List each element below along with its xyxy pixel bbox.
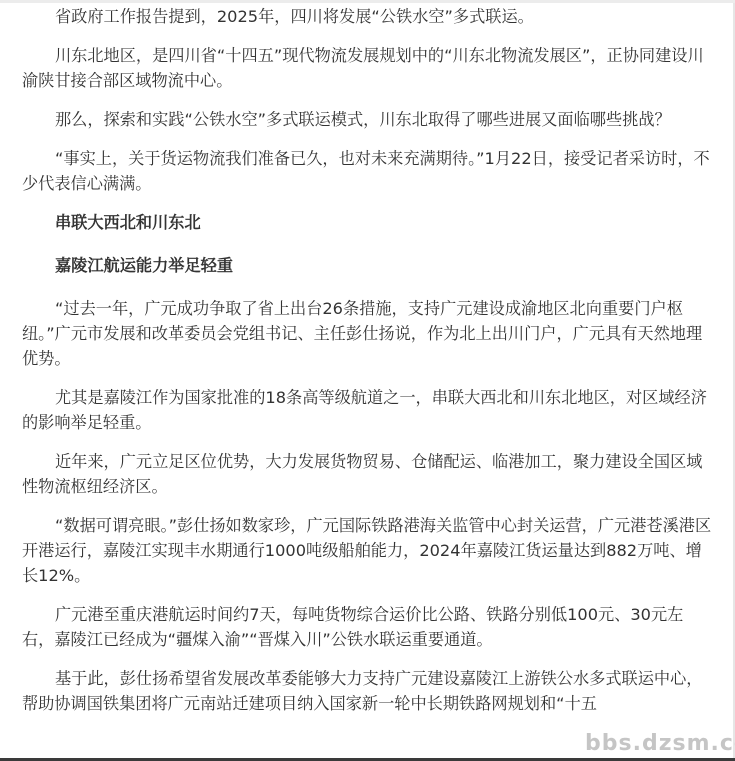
watermark: bbs.dzsm.com	[585, 731, 735, 756]
paragraph: 基于此，彭仕扬希望省发展改革委能够大力支持广元建设嘉陵江上游铁公水多式联运中心，…	[22, 666, 712, 716]
paragraph: 尤其是嘉陵江作为国家批准的18条高等级航道之一，串联大西北和川东北地区，对区域经…	[22, 385, 712, 435]
paragraph: “事实上，关于货运物流我们准备已久，也对未来充满期待。”1月22日，接受记者采访…	[22, 146, 712, 196]
paragraph: “数据可谓亮眼。”彭仕扬如数家珍，广元国际铁路港海关监管中心封关运营，广元港苍溪…	[22, 513, 712, 588]
top-border	[0, 0, 735, 3]
section-heading: 嘉陵江航运能力举足轻重	[22, 253, 712, 278]
paragraph: 那么，探索和实践“公铁水空”多式联运模式，川东北取得了哪些进展又面临哪些挑战？	[22, 107, 712, 132]
paragraph: 近年来，广元立足区位优势，大力发展货物贸易、仓储配运、临港加工，聚力建设全国区域…	[22, 449, 712, 499]
article-body: 省政府工作报告提到，2025年，四川将发展“公铁水空”多式联运。 川东北地区，是…	[22, 4, 712, 730]
paragraph: 川东北地区，是四川省“十四五”现代物流发展规划中的“川东北物流发展区”，正协同建…	[22, 43, 712, 93]
paragraph: “过去一年，广元成功争取了省上出台26条措施，支持广元建设成渝地区北向重要门户枢…	[22, 296, 712, 371]
section-heading: 串联大西北和川东北	[22, 210, 712, 235]
paragraph: 广元港至重庆港航运时间约7天，每吨货物综合运价比公路、铁路分别低100元、30元…	[22, 602, 712, 652]
paragraph: 省政府工作报告提到，2025年，四川将发展“公铁水空”多式联运。	[22, 4, 712, 29]
